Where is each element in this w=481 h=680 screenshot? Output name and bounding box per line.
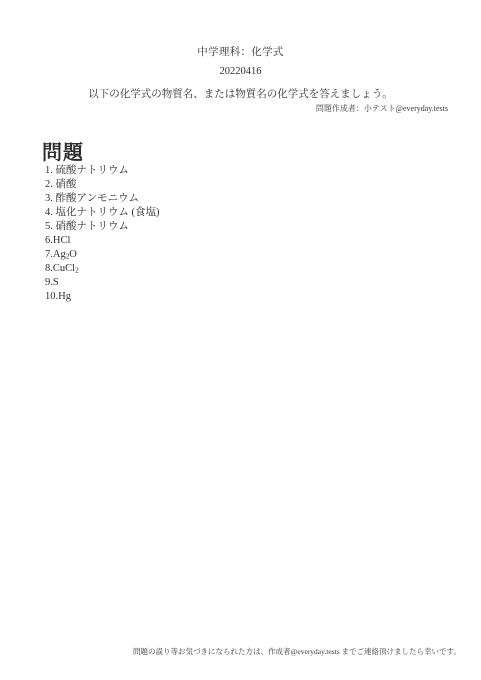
problem-item: 7.Ag2O [45,248,160,262]
quiz-document-page: 中学理科：化学式 20220416 以下の化学式の物質名、または物質名の化学式を… [0,0,481,680]
footer-contact-note: 問題の誤り等お気づきになられた方は、作成者@everyday.tests までご… [133,646,461,657]
problem-text: 6.HCl [45,235,70,246]
problem-list: 1. 硫酸ナトリウム2. 硝酸3. 酢酸アンモニウム4. 塩化ナトリウム (食塩… [45,164,160,304]
problem-item: 2. 硝酸 [45,178,160,192]
problem-item: 1. 硫酸ナトリウム [45,164,160,178]
problem-text: O [69,249,77,260]
formula-subscript: 2 [75,267,79,275]
document-date: 20220416 [0,66,481,77]
problem-text: 4. 塩化ナトリウム (食塩) [45,207,160,218]
problem-item: 10.Hg [45,290,160,304]
problem-item: 5. 硝酸ナトリウム [45,220,160,234]
author-credit: 問題作成者：小テスト@everyday.tests [316,103,448,114]
problem-text: 10.Hg [45,291,71,302]
problem-text: 1. 硫酸ナトリウム [45,165,129,176]
problem-text: 7.Ag [45,249,66,260]
problem-text: 9.S [45,277,59,288]
problem-text: 2. 硝酸 [45,179,77,190]
problem-text: 3. 酢酸アンモニウム [45,193,139,204]
problems-section-heading: 問題 [42,136,84,165]
problem-text: 8.CuCl [45,263,75,274]
quiz-instruction: 以下の化学式の物質名、または物質名の化学式を答えましょう。 [0,86,481,101]
problem-item: 3. 酢酸アンモニウム [45,192,160,206]
document-title: 中学理科：化学式 [0,44,481,59]
problem-item: 8.CuCl2 [45,262,160,276]
problem-item: 6.HCl [45,234,160,248]
problem-text: 5. 硝酸ナトリウム [45,221,129,232]
problem-item: 9.S [45,276,160,290]
problem-item: 4. 塩化ナトリウム (食塩) [45,206,160,220]
